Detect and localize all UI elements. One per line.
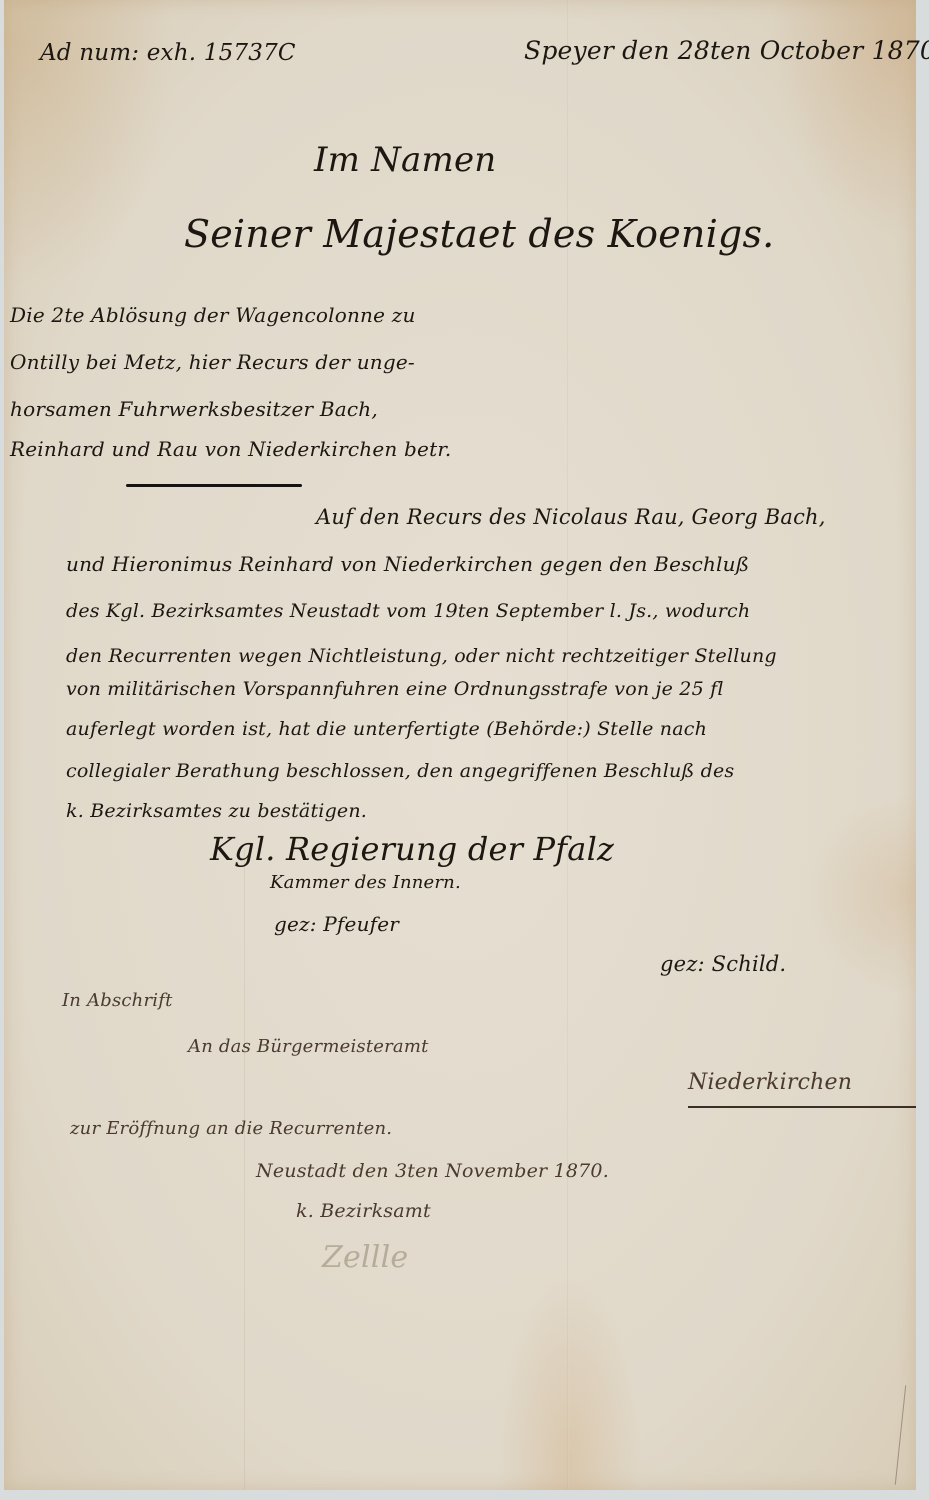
subject-line: Reinhard und Rau von Niederkirchen betr.: [10, 437, 451, 461]
authority-chamber: Kammer des Innern.: [270, 872, 461, 893]
paper-crease: [244, 850, 245, 1490]
body-line: und Hieronimus Reinhard von Niederkirche…: [66, 552, 749, 576]
signature-schild: gez: Schild.: [660, 952, 786, 976]
body-line: k. Bezirksamtes zu bestätigen.: [66, 800, 367, 822]
paper-tear-edge: [895, 1385, 906, 1485]
body-line: von militärischen Vorspannfuhren eine Or…: [66, 678, 724, 700]
reference-number: Ad num: exh. 15737C: [40, 40, 296, 66]
body-line: den Recurrenten wegen Nichtleistung, ode…: [66, 645, 777, 667]
addressee-line: An das Bürgermeisteramt: [188, 1036, 429, 1057]
subject-line: Ontilly bei Metz, hier Recurs der unge-: [10, 350, 415, 374]
addressee-place: Niederkirchen: [688, 1070, 852, 1095]
title-line-1: Im Namen: [314, 140, 496, 180]
instruction-line: zur Eröffnung an die Recurrenten.: [70, 1118, 392, 1139]
addressee-underline: [688, 1106, 916, 1108]
signature-pfeufer: gez: Pfeufer: [274, 912, 399, 936]
faded-signature: Zellle: [322, 1240, 408, 1275]
place-date-header: Speyer den 28ten October 1870.: [524, 36, 929, 65]
subject-divider: [126, 484, 302, 487]
title-line-2: Seiner Majestaet des Koenigs.: [184, 212, 774, 256]
authority-name: Kgl. Regierung der Pfalz: [210, 830, 614, 868]
place-date-footer: Neustadt den 3ten November 1870.: [256, 1160, 609, 1182]
copy-note: In Abschrift: [62, 990, 173, 1011]
body-line: collegialer Berathung beschlossen, den a…: [66, 760, 734, 782]
body-line: des Kgl. Bezirksamtes Neustadt vom 19ten…: [66, 600, 750, 622]
body-line: auferlegt worden ist, hat die unterferti…: [66, 718, 707, 740]
body-line: Auf den Recurs des Nicolaus Rau, Georg B…: [316, 505, 826, 529]
document-paper: Ad num: exh. 15737C Speyer den 28ten Oct…: [4, 0, 916, 1490]
subject-line: horsamen Fuhrwerksbesitzer Bach,: [10, 397, 378, 421]
office-name: k. Bezirksamt: [296, 1200, 431, 1222]
subject-line: Die 2te Ablösung der Wagencolonne zu: [10, 303, 416, 327]
